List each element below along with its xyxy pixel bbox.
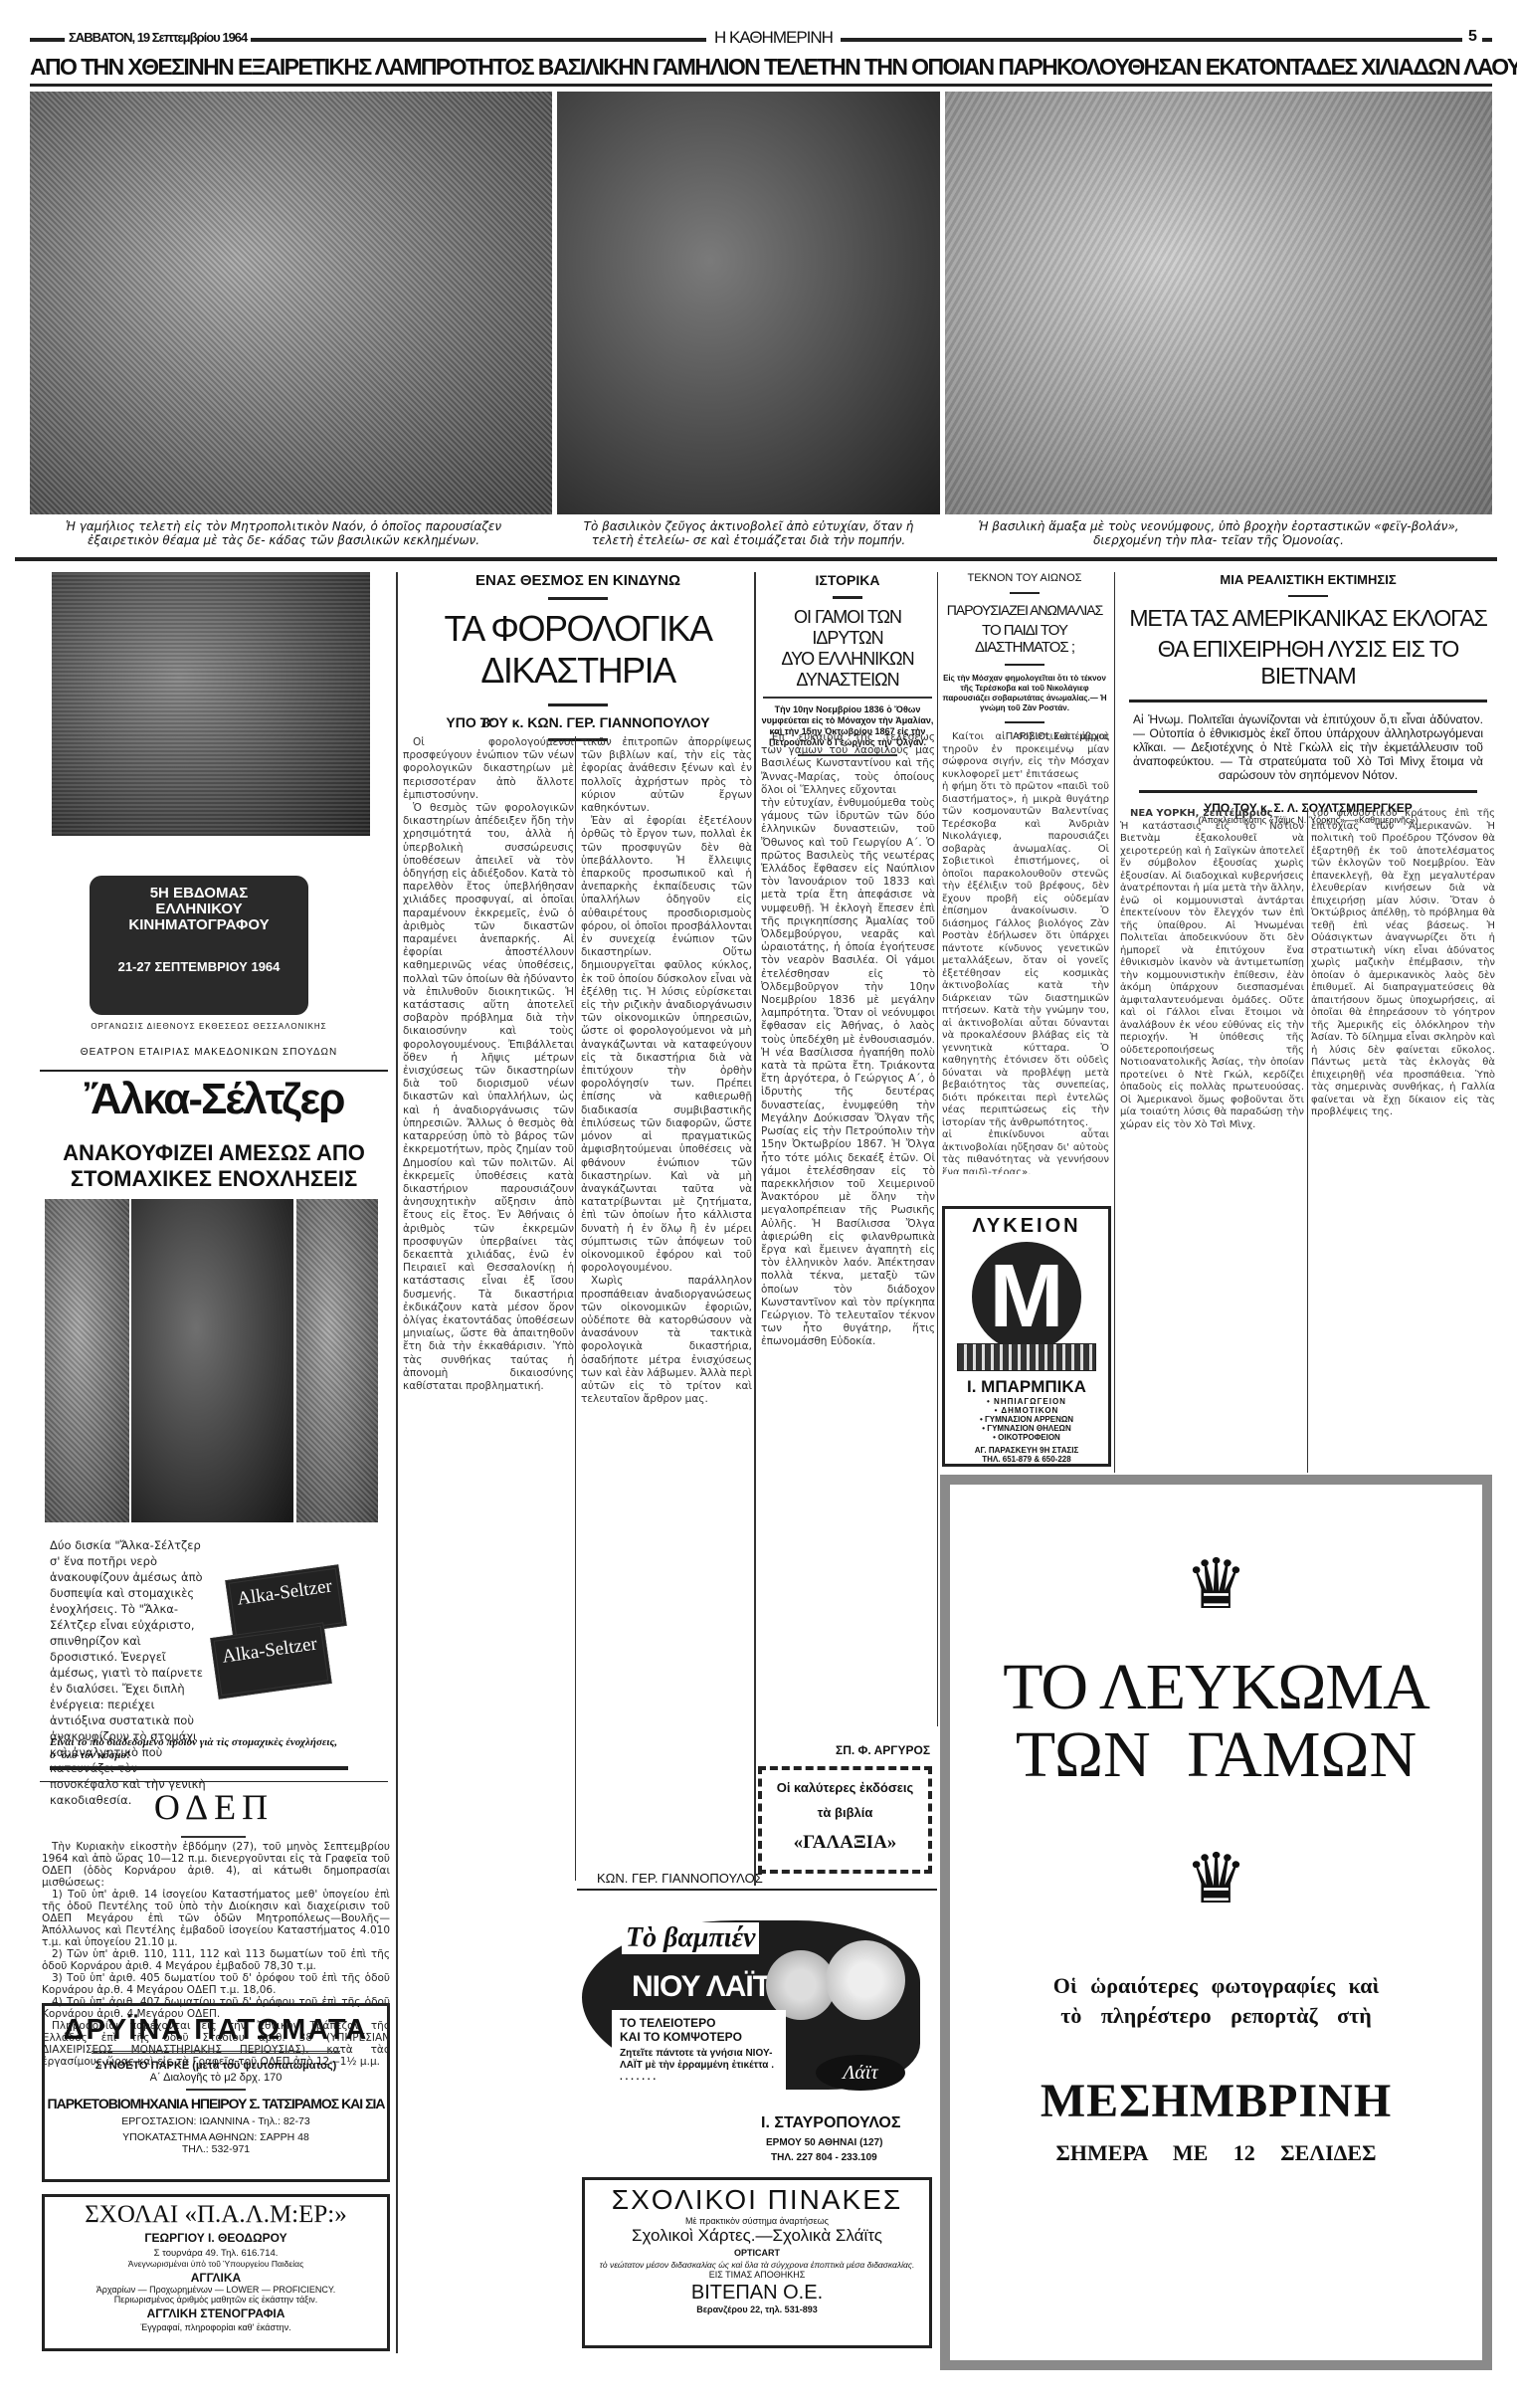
school-ad-company: ΒΙΤΕΠΑΝ Ο.Ε.: [585, 2282, 929, 2305]
lykeion-section: • ΝΗΠΙΑΓΩΓΕΙΟΝ: [945, 1397, 1108, 1406]
school-boards-ad: ΣΧΟΛΙΚΟΙ ΠΙΝΑΚΕΣ Μὲ πρακτικὸν σύστημα ἀν…: [582, 2177, 932, 2348]
palmer-owner: ΓΕΩΡΓΙΟΥ Ι. ΘΕΟΔΩΡΟΥ: [45, 2231, 387, 2245]
floor-ad-line: Α΄ Διαλογῆς τὸ μ2 δρχ. 170: [45, 2072, 387, 2084]
royal-couple-photo: [557, 92, 940, 514]
vietnam-article: ΜΙΑ ΡΕΑΛΙΣΤΙΚΗ ΕΚΤΙΜΗΣΙΣ ΜΕΤΑ ΤΑΣ ΑΜΕΡΙΚ…: [1119, 572, 1497, 825]
palmer-course: ΑΓΓΛΙΚΗ ΣΤΕΝΟΓΡΑΦΙΑ: [45, 2307, 387, 2320]
issue-date: ΣΑΒΒΑΤΟΝ, 19 Σεπτεμβρίου 1964: [65, 30, 251, 45]
lykeion-section: • ΓΥΜΝΑΣΙΟΝ ΑΡΡΕΝΩΝ: [945, 1415, 1108, 1424]
photo-caption: Ἡ γαμήλιος τελετὴ εἰς τὸν Μητροπολιτικὸν…: [40, 519, 527, 547]
banner-headline: ΑΠΟ ΤΗΝ ΧΘΕΣΙΝΗΝ ΕΞΑΙΡΕΤΙΚΗΣ ΛΑΜΠΡΟΤΗΤΟΣ…: [30, 54, 1492, 81]
article-title: ΤΑ ΦΟΡΟΛΟΓΙΚΑ ΔΙΚΑΣΤΗΡΙΑ: [403, 608, 753, 692]
space-article-body: Καίτοι αἱ σοβιετικαὶ ἀρχαὶ τηροῦν ἐν προ…: [942, 731, 1109, 1174]
lykeion-name: Ι. ΜΠΑΡΜΠΙΚΑ: [945, 1377, 1108, 1397]
article-title: ΔΥΟ ΕΛΛΗΝΙΚΩΝ ΔΥΝΑΣΤΕΙΩΝ: [758, 649, 937, 691]
niou-lait-ad: Τὸ βαμπιέν ΝΙΟΥ ΛΑΪΤ ΤΟ ΤΕΛΕΙΟΤΕΡΟ ΚΑΙ Τ…: [572, 1901, 935, 2114]
alka-headline: ΑΝΑΚΟΥΦΙΖΕΙ ΑΜΕΣΩΣ ΑΠΟ: [40, 1140, 388, 1166]
bra-ad-textbox: ΤΟ ΤΕΛΕΙΟΤΕΡΟ ΚΑΙ ΤΟ ΚΟΜΨΟΤΕΡΟ Ζητεῖτε π…: [612, 2010, 786, 2109]
article-signature: ΣΠ. Φ. ΑΡΓΥΡΟΣ: [836, 1743, 930, 1757]
alka-tagline: Εἶναι τὸ πιὸ διαδεδομένο προϊὸν γιὰ τὶς …: [50, 1736, 348, 1762]
tax-article-col1: Οἱ φορολογούμενοι προσφεύγουν ἐνώπιον τῶ…: [403, 736, 574, 1836]
palmer-school-ad: ΣΧΟΛΑΙ «Π.Α.Λ.Μ:ΕΡ:» ΓΕΩΡΓΙΟΥ Ι. ΘΕΟΔΩΡΟ…: [42, 2194, 390, 2351]
lykeion-address: ΑΓ. ΠΑΡΑΣΚΕΥΗ 9Η ΣΤΑΣΙΣ: [945, 1446, 1108, 1455]
palmer-line: Περιωρισμένος ἀριθμὸς μαθητῶν εἰς ἑκάστη…: [45, 2295, 387, 2305]
bra-ad-seller: Ι. ΣΤΑΥΡΟΠΟΥΛΟΣ: [761, 2114, 900, 2132]
article-lead: Καίτοι αἱ σοβιετικαὶ ἀρχαὶ τηροῦν ἐν προ…: [942, 731, 1109, 781]
film-ad-venue: ΘΕΑΤΡΟΝ ΕΤΑΙΡΙΑΣ ΜΑΚΕΔΟΝΙΚΩΝ ΣΠΟΥΔΩΝ: [40, 1047, 378, 1058]
article-signature: ΚΩΝ. ΓΕΡ. ΓΙΑΝΝΟΠΟΥΛΟΣ: [597, 1871, 763, 1886]
wedding-album-ad: ♛ ΤΟ ΛΕΥΚΩΜΑ ΤΩΝ ΓΑΜΩΝ ♛ Οἱ ὡραιότερες φ…: [940, 1475, 1492, 2370]
man-face-photo: [45, 1199, 129, 1522]
article-closing: Χωρὶς παράλληλον προσπάθειαν ἀναδιοργανώ…: [581, 1275, 752, 1406]
bra-ad-brand: ΝΙΟΥ ΛΑΪΤ: [632, 1970, 770, 2004]
article-title: ΠΑΡΟΥΣΙΑΖΕΙ ΑΝΩΜΑΛΙΑΣ: [940, 602, 1109, 618]
school-ad-brand: OPTICART: [585, 2248, 929, 2258]
school-building-icon: [957, 1343, 1096, 1371]
film-ad-organizer: ΟΡΓΑΝΩΣΙΣ ΔΙΕΘΝΟΥΣ ΕΚΘΕΣΕΩΣ ΘΕΣΣΑΛΟΝΙΚΗΣ: [40, 1022, 378, 1031]
article-title: ΘΑ ΕΠΙΧΕΙΡΗΘΗ ΛΥΣΙΣ ΕΙΣ ΤΟ ΒΙΕΤΝΑΜ: [1119, 636, 1497, 690]
article-kicker: ΤΕΚΝΟΝ ΤΟΥ ΑΙΩΝΟΣ: [940, 572, 1109, 584]
album-pages: ΣΗΜΕΡΑ ΜΕ 12 ΣΕΛΙΔΕΣ: [950, 2140, 1482, 2166]
film-week-ad-photo: [52, 572, 370, 836]
bra-ad-line: ΚΑΙ ΤΟ ΚΟΜΨΟΤΕΡΟ: [620, 2030, 778, 2044]
bra-ad-address: ΕΡΜΟΥ 50 ΑΘΗΝΑΙ (127): [766, 2137, 882, 2148]
article-lead: Οἱ φορολογούμενοι προσφεύγουν ἐνώπιον τῶ…: [403, 736, 574, 802]
alka-headline: ΣΤΟΜΑΧΙΚΕΣ ΕΝΟΧΛΗΣΕΙΣ: [40, 1166, 388, 1192]
article-title: ΜΕΤΑ ΤΑΣ ΑΜΕΡΙΚΑΝΙΚΑΣ ΕΚΛΟΓΑΣ: [1119, 605, 1497, 632]
floor-ad-line: ΕΡΓΟΣΤΑΣΙΟΝ: ΙΩΑΝΝΙΝΑ - Τηλ.: 82-73: [45, 2115, 387, 2127]
odep-item: 1) Τοῦ ὑπ' ἀριθ. 14 ἰσογείου Καταστήματο…: [42, 1889, 390, 1948]
bra-ad-line: ΤΟ ΤΕΛΕΙΟΤΕΡΟ: [620, 2016, 778, 2030]
bra-ad-script: Τὸ βαμπιέν: [622, 1922, 759, 1954]
galaxia-line: τὰ βιβλία: [762, 1805, 928, 1820]
galaxia-line: Οἱ καλύτερες ἐκδόσεις: [762, 1780, 928, 1795]
odep-item: 2) Τῶν ὑπ' ἀριθ. 110, 111, 112 καὶ 113 δ…: [42, 1948, 390, 1972]
article-kicker: ΙΣΤΟΡΙΚΑ: [758, 572, 937, 588]
crown-icon: ♛: [950, 1839, 1482, 1918]
album-title: ΤΟ ΛΕΥΚΩΜΑ: [950, 1654, 1482, 1721]
woman-face-photo: [296, 1199, 378, 1522]
glass-photo: [131, 1199, 293, 1522]
masthead: ΣΑΒΒΑΤΟΝ, 19 Σεπτεμβρίου 1964 Η ΚΑΘΗΜΕΡΙ…: [30, 30, 1492, 52]
article-kicker: ΜΙΑ ΡΕΑΛΙΣΤΙΚΗ ΕΚΤΙΜΗΣΙΣ: [1119, 572, 1497, 587]
page-number: 5: [1462, 28, 1482, 46]
film-ad-line: ΚΙΝΗΜΑΤΟΓΡΑΦΟΥ: [90, 917, 308, 933]
tax-article-col2: τικῶν ἐπιτροπῶν ἀπορρίψεως τῶν βιβλίων κ…: [581, 736, 752, 1721]
palmer-course: ΑΓΓΛΙΚΑ: [45, 2271, 387, 2285]
odep-title: ΟΔΕΠ: [40, 1786, 388, 1828]
lykeion-section: • ΟΙΚΟΤΡΟΦΕΙΟΝ: [945, 1433, 1108, 1442]
school-ad-line: Σχολικοὶ Χάρτες.—Σχολικὰ Σλάϊτς: [585, 2226, 929, 2246]
m-logo-letter: M: [990, 1247, 1064, 1346]
palmer-line: Ἀνεγνωρισμέναι ὑπὸ τοῦ Ὑπουργείου Παιδεί…: [45, 2259, 387, 2269]
bra-ad-cta: Ζητεῖτε πάντοτε τὰ γνήσια ΝΙΟΥ-ΛΑΪΤ μὲ τ…: [620, 2048, 778, 2084]
space-child-article: ΤΕΚΝΟΝ ΤΟΥ ΑΙΩΝΟΣ ΠΑΡΟΥΣΙΑΖΕΙ ΑΝΩΜΑΛΙΑΣ …: [940, 572, 1109, 742]
article-summary: Εἰς τὴν Μόσχαν φημολογεῖται ὅτι τὸ τέκνο…: [940, 674, 1109, 713]
lykeion-title: ΛΥΚΕΙΟΝ: [945, 1215, 1108, 1238]
film-ad-dates: 21-27 ΣΕΠΤΕΜΒΡΙΟΥ 1964: [90, 959, 308, 974]
album-line: Οἱ ὡραιότερες φωτογραφίες καὶ: [950, 1973, 1482, 1999]
m-logo-icon: M: [972, 1242, 1081, 1351]
article-lead: Ἐπ' εὐκαιρίᾳ τῆς τελέσεως τῶν γάμων τοῦ …: [761, 731, 935, 797]
article-paragraph: τικῶν ἐπιτροπῶν ἀπορρίψεως τῶν βιβλίων κ…: [581, 736, 752, 815]
lykeion-phone: ΤΗΛ. 651-879 & 650-228: [945, 1455, 1108, 1464]
palmer-line: Ἀρχαρίων — Προχωρημένων — LOWER — PROFIC…: [45, 2285, 387, 2295]
crown-icon: ♛: [950, 1544, 1482, 1624]
alka-packet: Alka-Seltzer: [210, 1622, 332, 1699]
bra-illustration: [766, 1940, 910, 2040]
history-article-body: Ἐπ' εὐκαιρίᾳ τῆς τελέσεως τῶν γάμων τοῦ …: [761, 731, 935, 1726]
floor-ad-title: ΔΡΥΪΝΑ ΠΑΤΩΜΑΤΑ: [45, 2014, 387, 2047]
film-ad-line: ΕΛΛΗΝΙΚΟΥ: [90, 902, 308, 917]
galaxia-books-ad: Οἱ καλύτερες ἐκδόσεις τὰ βιβλία «ΓΑΛΑΞΙΑ…: [758, 1766, 932, 1874]
palmer-line: Ἐγγραφαί, πληροφορίαι καθ' ἑκάστην.: [45, 2322, 387, 2332]
album-title: ΤΩΝ ΓΑΜΩΝ: [950, 1721, 1482, 1789]
alka-packets: Alka-Seltzer Alka-Seltzer: [214, 1572, 353, 1711]
cathedral-photo: [30, 92, 552, 514]
album-line: τὸ πληρέστερο ρεπορτὰζ στὴ: [950, 2003, 1482, 2029]
film-week-ad: 5Η ΕΒΔΟΜΑΣ ΕΛΛΗΝΙΚΟΥ ΚΙΝΗΜΑΤΟΓΡΑΦΟΥ 21-2…: [90, 876, 308, 1015]
school-ad-price: ΕΙΣ ΤΙΜΑΣ ΑΠΟΘΗΚΗΣ: [585, 2270, 929, 2280]
photo-caption: Τὸ βασιλικὸν ζεῦγος ἀκτινοβολεῖ ἀπὸ εὐτυ…: [562, 519, 935, 547]
vietnam-article-col1: ΝΕΑ ΥΟΡΚΗ, Σεπτέμβριος Ἡ κατάστασις εἰς …: [1120, 808, 1304, 1473]
lykeion-barbika-ad: ΛΥΚΕΙΟΝ M Ι. ΜΠΑΡΜΠΙΚΑ • ΝΗΠΙΑΓΩΓΕΙΟΝ • …: [942, 1206, 1111, 1467]
article-end: αἱ ἐπικίνδυνοι αὗται ἀκτινοβολίαι ηὔξησα…: [942, 1129, 1109, 1174]
album-paper: ΜΕΣΗΜΒΡΙΝΗ: [950, 2074, 1482, 2128]
photo-caption: Ἡ βασιλικὴ ἅμαξα μὲ τοὺς νεονύμφους, ὑπὸ…: [950, 519, 1487, 547]
paper-name: Η ΚΑΘΗΜΕΡΙΝΗ: [706, 28, 841, 48]
article-part-number: Β': [403, 716, 572, 732]
palmer-title: ΣΧΟΛΑΙ «Π.Α.Λ.Μ:ΕΡ:»: [45, 2201, 387, 2229]
school-ad-sub: Μὲ πρακτικὸν σύστημα ἀναρτήσεως: [585, 2216, 929, 2226]
vietnam-article-col2: τοῦ φιλοδυτικοῦ κράτους ἐπὶ τῆς ἐπιτυχία…: [1311, 808, 1495, 1473]
lykeion-section: • ΓΥΜΝΑΣΙΟΝ ΘΗΛΕΩΝ: [945, 1424, 1108, 1433]
article-kicker: ΕΝΑΣ ΘΕΣΜΟΣ ΕΝ ΚΙΝΔΥΝΩ: [403, 572, 753, 589]
floor-ad-line: ΥΠΟΚΑΤΑΣΤΗΜΑ ΑΘΗΝΩΝ: ΣΑΡΡΗ 48: [45, 2131, 387, 2143]
royal-carriage-photo: [945, 92, 1492, 514]
floor-ad-line: ΤΗΛ.: 532-971: [45, 2143, 387, 2155]
odep-item: 3) Τοῦ ὑπ' ἀριθ. 405 δωματίου τοῦ δ' ὀρό…: [42, 1972, 390, 1996]
floor-ad-company: ΠΑΡΚΕΤΟΒΙΟΜΗΧΑΝΙΑ ΗΠΕΙΡΟΥ Σ. ΤΑΤΣΙΡΑΜΟΣ …: [45, 2096, 387, 2111]
bra-ad-label: Λάϊτ: [816, 2055, 905, 2091]
galaxia-brand: «ΓΑΛΑΞΙΑ»: [762, 1832, 928, 1854]
bra-ad-phone: ΤΗΛ. 227 804 - 233.109: [771, 2152, 877, 2163]
odep-intro: Τὴν Κυριακὴν εἰκοστὴν ἑβδόμην (27), τοῦ …: [42, 1841, 390, 1889]
article-summary: Αἱ Ἡνωμ. Πολιτεῖαι ἀγωνίζονται νὰ ἐπιτύχ…: [1119, 712, 1497, 782]
alka-seltzer-brand: Ἄλκα-Σέλτζερ: [40, 1075, 388, 1124]
lykeion-section: • ΔΗΜΟΤΙΚΟΝ: [945, 1406, 1108, 1415]
article-title: ΤΟ ΠΑΙΔΙ ΤΟΥ ΔΙΑΣΤΗΜΑΤΟΣ ;: [940, 622, 1109, 656]
floor-ad-line: ΣΥΝΘΕΤΟ ΠΑΡΚΕ (μετὰ τοῦ ψευτοπατώματος): [45, 2060, 387, 2072]
floor-ad: ΔΡΥΪΝΑ ΠΑΤΩΜΑΤΑ ΣΥΝΘΕΤΟ ΠΑΡΚΕ (μετὰ τοῦ …: [42, 2003, 390, 2182]
palmer-address: Σ τουρνάρα 49. Τηλ. 616.714.: [45, 2248, 387, 2259]
article-dateline: ΝΕΑ ΥΟΡΚΗ, Σεπτέμβριος: [1120, 808, 1304, 821]
school-ad-address: Βερανζέρου 22, τηλ. 531-893: [585, 2305, 929, 2314]
school-ad-title: ΣΧΟΛΙΚΟΙ ΠΙΝΑΚΕΣ: [585, 2184, 929, 2216]
school-ad-desc: τὸ νεώτατον μέσον διδασκαλίας ὡς καὶ ὅλα…: [585, 2260, 929, 2270]
film-ad-line: 5Η ΕΒΔΟΜΑΣ: [90, 886, 308, 902]
article-title: ΟΙ ΓΑΜΟΙ ΤΩΝ ΙΔΡΥΤΩΝ: [758, 607, 937, 649]
